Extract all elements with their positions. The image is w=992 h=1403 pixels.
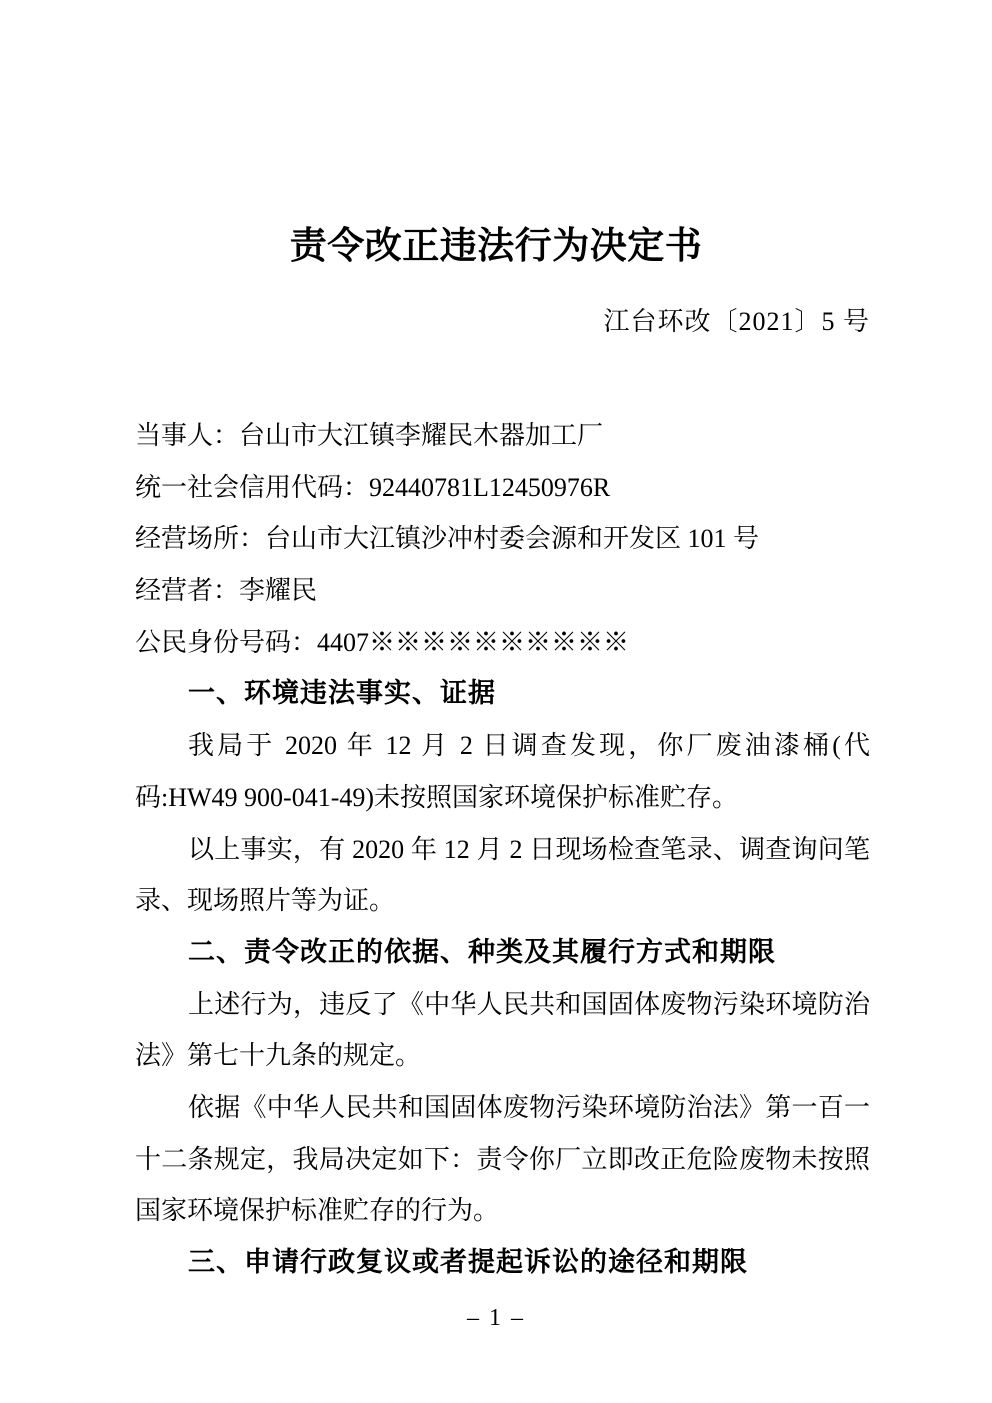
para-1-line-2: 码:HW49 900-041-49)未按照国家环境保护标准贮存。 xyxy=(135,772,870,824)
document-title: 责令改正违法行为决定书 xyxy=(0,222,992,272)
para-3-line-2: 法》第七十九条的规定。 xyxy=(135,1030,870,1082)
para-1-line-1: 我局于 2020 年 12 月 2 日调查发现，你厂废油漆桶(代 xyxy=(135,720,870,772)
para-4-line-3: 国家环境保护标准贮存的行为。 xyxy=(135,1185,870,1237)
section-1-heading: 一、环境违法事实、证据 xyxy=(135,668,870,720)
para-4-line-1: 依据《中华人民共和国固体废物污染环境防治法》第一百一 xyxy=(135,1082,870,1134)
page-number: – 1 – xyxy=(0,1299,992,1337)
section-3-heading: 三、申请行政复议或者提起诉讼的途径和期限 xyxy=(135,1237,870,1289)
section-2-heading: 二、责令改正的依据、种类及其履行方式和期限 xyxy=(135,927,870,979)
operator-line: 经营者：李耀民 xyxy=(135,565,870,617)
premises-line: 经营场所：台山市大江镇沙冲村委会源和开发区 101 号 xyxy=(135,513,870,565)
id-number-line: 公民身份号码：4407※※※※※※※※※※ xyxy=(135,617,870,669)
para-2-line-2: 录、现场照片等为证。 xyxy=(135,875,870,927)
document-page: 责令改正违法行为决定书 江台环改〔2021〕5 号 当事人：台山市大江镇李耀民木… xyxy=(0,0,992,1403)
para-4-line-2: 十二条规定，我局决定如下：责令你厂立即改正危险废物未按照 xyxy=(135,1134,870,1186)
uscc-line: 统一社会信用代码：92440781L12450976R xyxy=(135,462,870,514)
para-3-line-1: 上述行为，违反了《中华人民共和国固体废物污染环境防治 xyxy=(135,979,870,1031)
para-2-line-1: 以上事实，有 2020 年 12 月 2 日现场检查笔录、调查询问笔 xyxy=(135,824,870,876)
document-body: 当事人：台山市大江镇李耀民木器加工厂 统一社会信用代码：92440781L124… xyxy=(135,410,870,1289)
party-line: 当事人：台山市大江镇李耀民木器加工厂 xyxy=(135,410,870,462)
document-number: 江台环改〔2021〕5 号 xyxy=(603,301,870,343)
